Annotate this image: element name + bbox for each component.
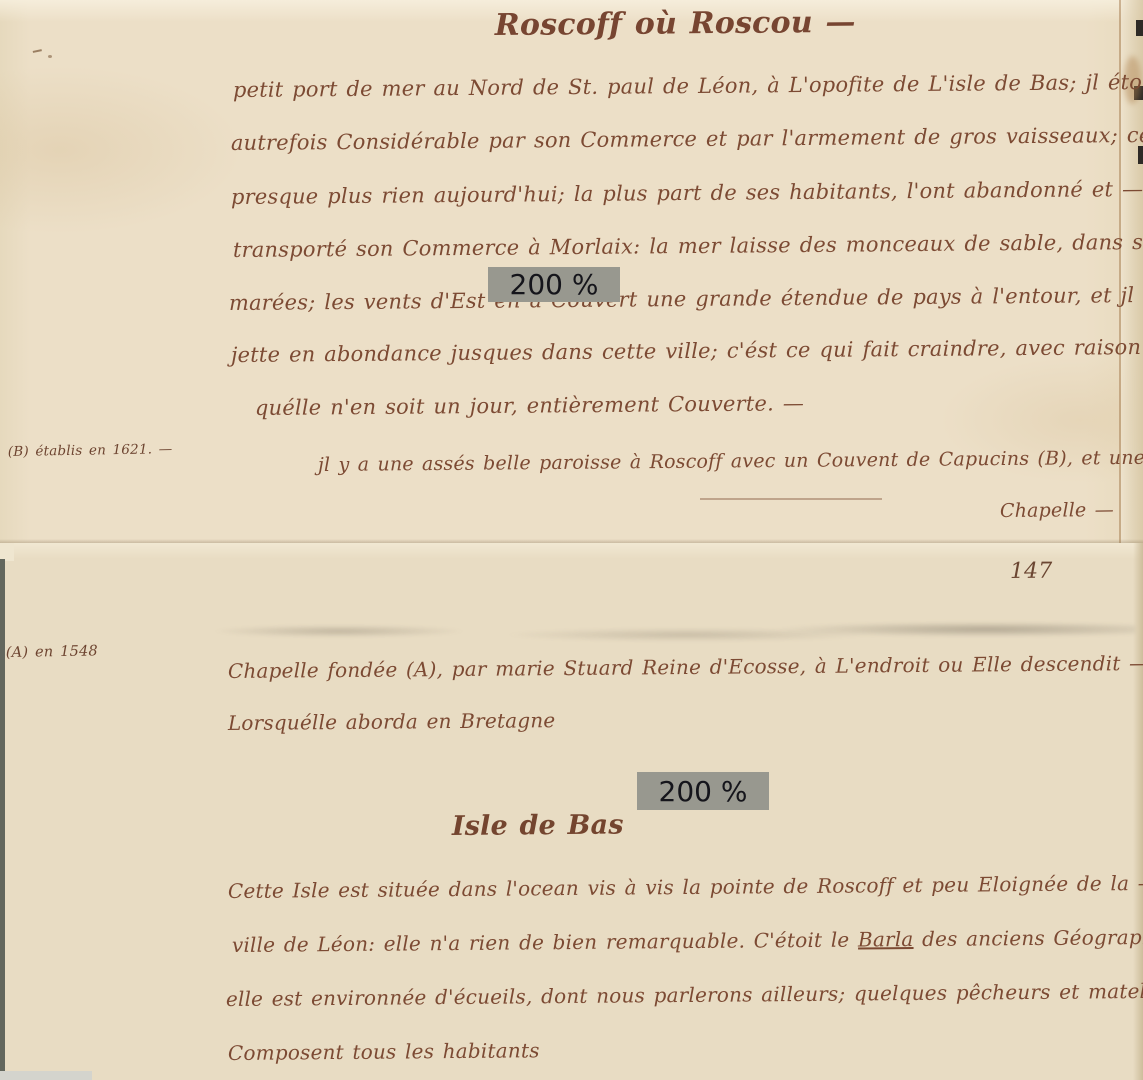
margin-note-a: (A) en 1548	[6, 643, 98, 661]
manuscript-line: Lorsquélle aborda en Bretagne	[228, 708, 556, 735]
manuscript-line: ville de Léon: elle n'a rien de bien rem…	[232, 924, 1143, 957]
zoom-level-value: 200 %	[659, 775, 748, 808]
section-heading: Isle de Bas	[452, 810, 624, 842]
manuscript-line: Composent tous les habitants	[228, 1038, 540, 1065]
line-text: des anciens Géographes —	[913, 924, 1143, 951]
trailing-dash-stroke	[700, 498, 882, 500]
ink-speck	[33, 49, 43, 55]
page-number: 147	[1010, 559, 1053, 584]
manuscript-line: marées; les vents d'Est en a Couvert une…	[229, 283, 1143, 315]
scan-page-147: 147 (A) en 1548 Chapelle fondée (A), par…	[0, 543, 1143, 1080]
book-gutter-strip	[0, 559, 5, 1080]
manuscript-line: jl y a une assés belle paroisse à Roscof…	[318, 447, 1143, 476]
zoom-level-value: 200 %	[510, 268, 599, 301]
page-title: Roscoff où Roscou —	[495, 5, 856, 43]
manuscript-viewer: Roscoff où Roscou — petit port de mer au…	[0, 0, 1143, 1080]
catchword: Chapelle —	[1000, 499, 1114, 522]
scan-bottom-edge	[0, 1071, 92, 1080]
manuscript-line: Chapelle fondée (A), par marie Stuard Re…	[228, 651, 1143, 683]
underlined-word: Barla	[858, 927, 914, 951]
scan-page-roscoff: Roscoff où Roscou — petit port de mer au…	[0, 0, 1143, 543]
manuscript-line: quélle n'en soit un jour, entièrement Co…	[255, 391, 804, 420]
manuscript-line: elle est environnée d'écueils, dont nous…	[226, 978, 1143, 1011]
ink-speck	[48, 55, 52, 58]
scan-edge-artifact	[1136, 20, 1143, 36]
manuscript-line: petit port de mer au Nord de St. paul de…	[233, 70, 1143, 102]
manuscript-line: autrefois Considérable par son Commerce …	[231, 122, 1143, 155]
margin-note-b: (B) établis en 1621. —	[8, 441, 173, 460]
manuscript-line: presque plus rien aujourd'hui; la plus p…	[231, 177, 1143, 209]
ink-smudge-band	[140, 615, 1135, 651]
manuscript-line: jette en abondance jusques dans cette vi…	[231, 335, 1141, 367]
zoom-level-badge: 200 %	[488, 267, 620, 302]
manuscript-line: Cette Isle est située dans l'ocean vis à…	[228, 871, 1143, 903]
zoom-level-badge: 200 %	[637, 772, 769, 810]
scan-cut-edge	[0, 543, 1143, 559]
line-text: ville de Léon: elle n'a rien de bien rem…	[232, 928, 858, 957]
scan-edge-artifact	[1138, 146, 1143, 164]
manuscript-line: transporté son Commerce à Morlaix: la me…	[233, 230, 1143, 262]
